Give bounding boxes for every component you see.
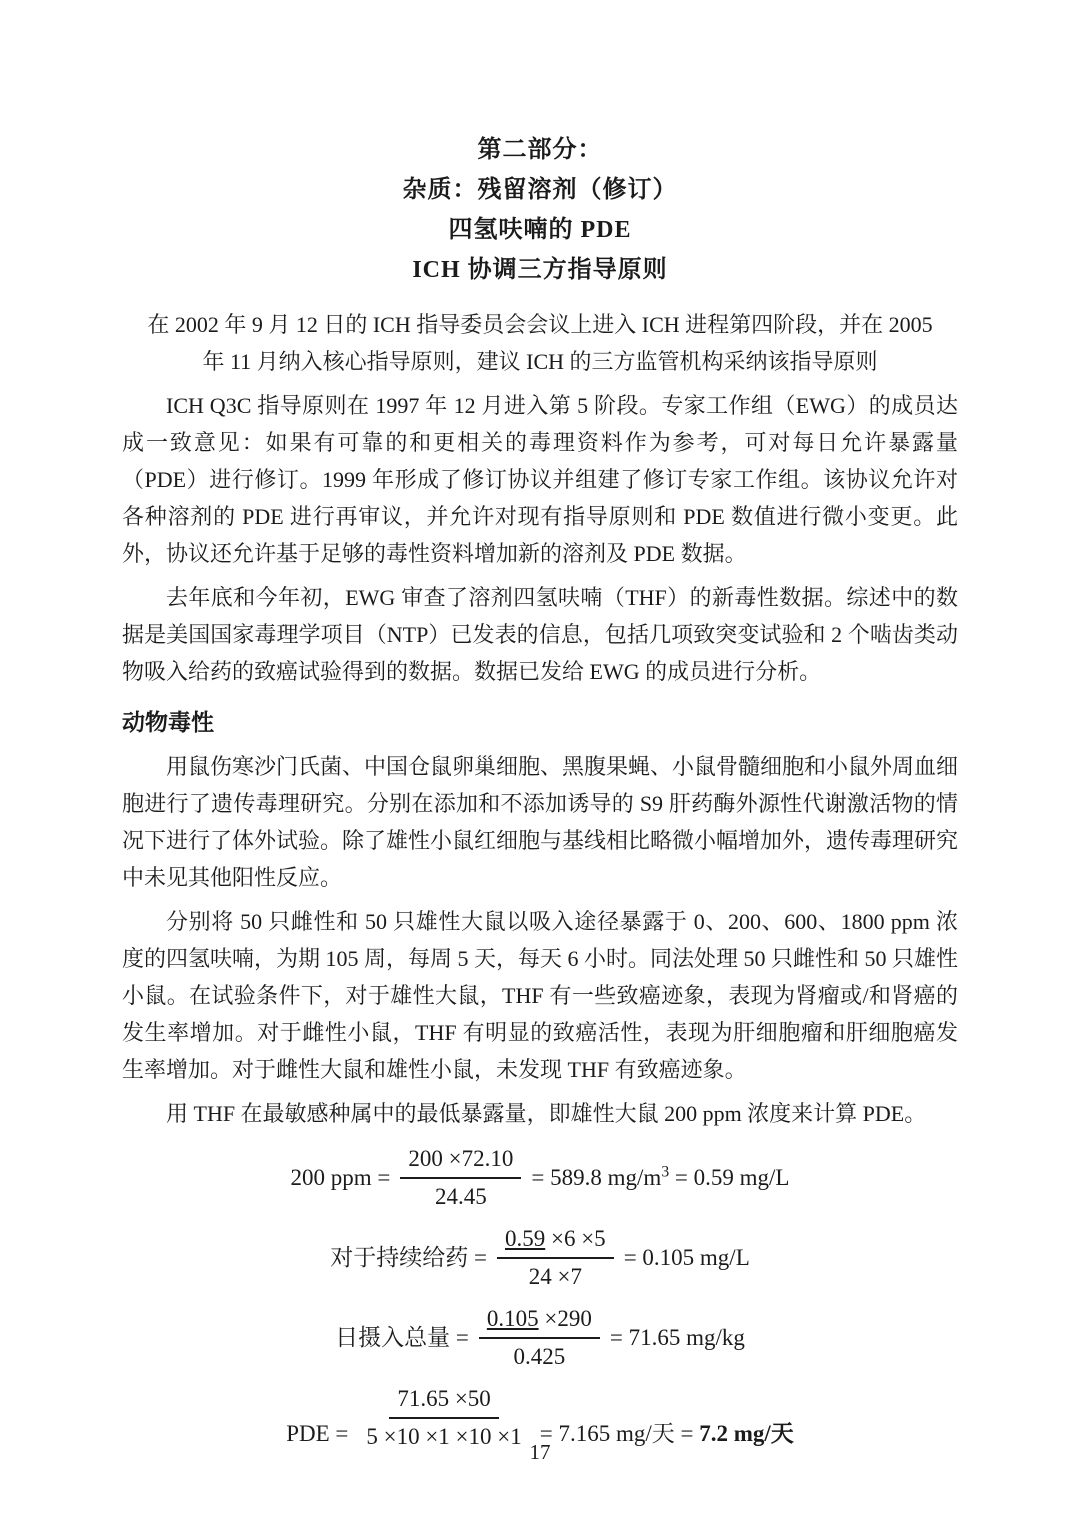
paragraph-ewg-review: 去年底和今年初，EWG 审查了溶剂四氢呋喃（THF）的新毒性数据。综述中的数据是… [122,579,958,690]
document-page: 第二部分： 杂质：残留溶剂（修订） 四氢呋喃的 PDE ICH 协调三方指导原则… [0,0,1080,1527]
formula-3-fraction: 0.105 ×290 0.425 [479,1304,600,1372]
paragraph-ich-q3c: ICH Q3C 指导原则在 1997 年 12 月进入第 5 阶段。专家工作组（… [122,387,958,572]
formula-1-result-text-2: = 0.59 mg/L [669,1165,789,1190]
formula-1-numerator: 200 ×72.10 [400,1144,521,1179]
page-number: 17 [0,1440,1080,1465]
document-title: 第二部分： 杂质：残留溶剂（修订） 四氢呋喃的 PDE ICH 协调三方指导原则 [122,130,958,290]
formula-3-numerator: 0.105 ×290 [479,1304,600,1339]
formula-3-lhs: 日摄入总量 = [335,1323,469,1353]
formula-3-denominator: 0.425 [505,1339,573,1372]
formula-daily-intake: 日摄入总量 = 0.105 ×290 0.425 = 71.65 mg/kg [122,1304,958,1372]
formula-1-result: = 589.8 mg/m3 = 0.59 mg/L [531,1163,789,1193]
formula-continuous-dosing: 对于持续给药 = 0.59 ×6 ×5 24 ×7 = 0.105 mg/L [122,1224,958,1292]
formula-2-lhs: 对于持续给药 = [330,1243,487,1273]
formula-2-numerator-underlined: 0.59 [505,1226,545,1251]
formula-2-result: = 0.105 mg/L [624,1243,750,1273]
adoption-note: 在 2002 年 9 月 12 日的 ICH 指导委员会会议上进入 ICH 进程… [122,306,958,380]
title-line-2: 杂质：残留溶剂（修订） [122,170,958,210]
formula-1-superscript: 3 [661,1163,669,1180]
formula-1-result-text: = 589.8 mg/m [531,1165,661,1190]
formula-3-result: = 71.65 mg/kg [610,1323,745,1353]
formula-2-fraction: 0.59 ×6 ×5 24 ×7 [497,1224,614,1292]
formula-2-numerator-rest: ×6 ×5 [545,1226,605,1251]
paragraph-genetic-toxicology: 用鼠伤寒沙门氏菌、中国仓鼠卵巢细胞、黑腹果蝇、小鼠骨髓细胞和小鼠外周血细胞进行了… [122,748,958,896]
title-line-3: 四氢呋喃的 PDE [122,210,958,250]
adoption-note-line-1: 在 2002 年 9 月 12 日的 ICH 指导委员会会议上进入 ICH 进程… [122,306,958,343]
formula-1-lhs: 200 ppm = [291,1163,391,1193]
formula-2-numerator: 0.59 ×6 ×5 [497,1224,614,1259]
adoption-note-line-2: 年 11 月纳入核心指导原则，建议 ICH 的三方监管机构采纳该指导原则 [122,343,958,380]
title-line-4: ICH 协调三方指导原则 [122,250,958,290]
formula-1-denominator: 24.45 [427,1179,495,1212]
formula-4-numerator: 71.65 ×50 [389,1384,498,1419]
formula-3-numerator-rest: ×290 [539,1306,592,1331]
paragraph-pde-basis: 用 THF 在最敏感种属中的最低暴露量，即雄性大鼠 200 ppm 浓度来计算 … [122,1095,958,1132]
formula-3-numerator-underlined: 0.105 [487,1306,539,1331]
section-heading-animal-toxicity: 动物毒性 [122,704,958,741]
paragraph-inhalation-study: 分别将 50 只雌性和 50 只雄性大鼠以吸入途径暴露于 0、200、600、1… [122,903,958,1088]
formula-1-fraction: 200 ×72.10 24.45 [400,1144,521,1212]
formula-concentration-conversion: 200 ppm = 200 ×72.10 24.45 = 589.8 mg/m3… [122,1144,958,1212]
formula-2-denominator: 24 ×7 [521,1259,590,1292]
title-line-1: 第二部分： [122,130,958,170]
